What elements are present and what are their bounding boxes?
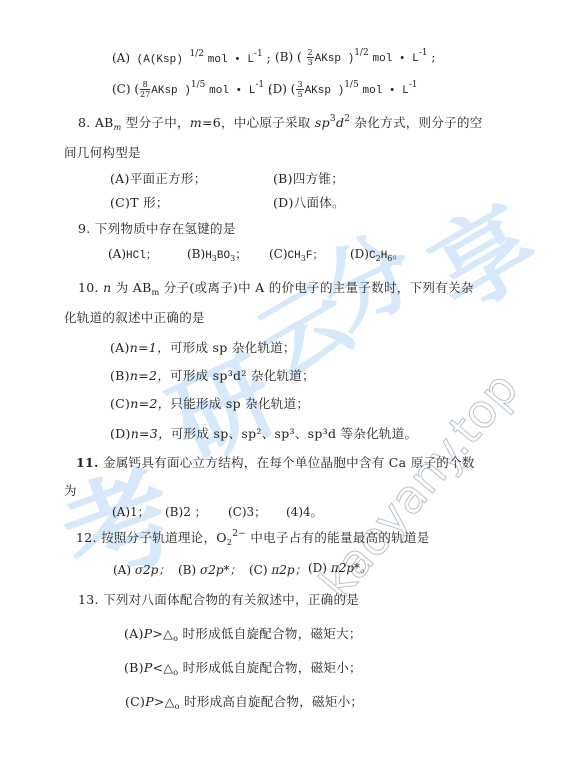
fraction: 35	[296, 80, 303, 99]
q11-option-c: (C)3；	[228, 504, 266, 520]
q8-option-a: (A)平面正方形；	[110, 171, 207, 187]
q10-option-a: (A)n=1，可形成 sp 杂化轨道；	[110, 340, 296, 356]
option-label: (A)	[112, 51, 130, 65]
q8-option-c: (C)T 形；	[110, 195, 169, 211]
q11-stem: 11. 金属钙具有面心立方结构，在每个单位晶胞中含有 Ca 原子的个数	[76, 455, 475, 471]
fraction: 827	[140, 80, 150, 99]
q10-option-d: (D)n=3，可形成 sp、sp²、sp³、sp³d 等杂化轨道。	[110, 426, 417, 442]
q9-option-c: (C)CH3F；	[269, 246, 323, 264]
q9-option-b: (B)H3BO3；	[187, 246, 247, 264]
q13-option-c: (C)P>△o 时形成高自旋配合物，磁矩小；	[125, 694, 363, 710]
q10-option-b: (B)n=2，可形成 sp³d² 杂化轨道；	[110, 368, 315, 384]
q9-option-a: (A)HCl；	[108, 246, 157, 264]
option-label: (C)	[112, 82, 131, 96]
q11-option-a: (A)1；	[112, 504, 150, 520]
q12-stem: 12. 按照分子轨道理论，O22− 中电子占有的能量最高的轨道是	[76, 530, 430, 546]
document-page: 考 研 云 分 享 kaoyany.top (A) (A(Ksp) 1/2 mo…	[0, 0, 563, 760]
question-number: 11.	[76, 455, 99, 470]
watermark-char-4: 分	[297, 197, 434, 353]
question-number: 10.	[78, 280, 99, 295]
watermark-char-5: 享	[401, 165, 560, 340]
q7-option-d: (D) (35AKsp )1/5 mol • L-1	[268, 80, 418, 99]
q10-stem-line2: 化轨道的叙述中正确的是	[64, 310, 205, 326]
q7-option-c: (C) (827AKsp )1/5 mol • L-1 ;	[112, 80, 272, 99]
q11-option-b: (B)2 ；	[165, 504, 207, 520]
q13-option-b: (B)P<△o 时形成低自旋配合物，磁矩小；	[124, 660, 362, 676]
q7-option-a: (A) (A(Ksp) 1/2 mol • L-1 ;	[112, 50, 271, 68]
q8-option-d: (D)八面体。	[273, 195, 345, 211]
q13-stem: 13. 下列对八面体配合物的有关叙述中，正确的是	[78, 592, 359, 608]
option-label: (D)	[268, 82, 287, 96]
option-label: (B)	[275, 50, 293, 64]
question-number: 9.	[78, 221, 91, 236]
q11-stem-line2: 为	[64, 483, 77, 499]
question-number: 12.	[76, 530, 97, 545]
q9-stem: 9. 下列物质中存在氢键的是	[78, 221, 236, 237]
q12-option-c: (C) π2p；	[249, 562, 307, 578]
q13-option-a: (A)P>△o 时形成低自旋配合物，磁矩大；	[124, 626, 362, 642]
q7-option-b: (B) ( 23AKsp )1/2 mol • L-1 ;	[275, 48, 435, 67]
q11-option-d: (4)4。	[286, 504, 323, 520]
q12-option-b: (B) σ2p*；	[178, 562, 242, 578]
question-number: 8.	[78, 115, 91, 130]
q9-option-d: (D)C2H6。	[350, 246, 404, 264]
q12-option-d: (D) π2p*。	[308, 560, 372, 576]
q8-option-b: (B)四方锥；	[273, 171, 344, 187]
q10-stem: 10. n 为 ABm 分子(或离子)中 A 的价电子的主量子数时，下列有关杂	[78, 280, 474, 296]
fraction: 23	[307, 48, 314, 67]
q8-stem-line2: 间几何构型是	[64, 145, 141, 161]
q10-option-c: (C)n=2，只能形成 sp 杂化轨道；	[110, 396, 309, 412]
q8-stem: 8. ABm 型分子中，m=6，中心原子采取 sp3d2 杂化方式，则分子的空	[78, 115, 483, 131]
q12-option-a: (A) σ2p；	[113, 562, 170, 578]
question-number: 13.	[78, 592, 99, 607]
